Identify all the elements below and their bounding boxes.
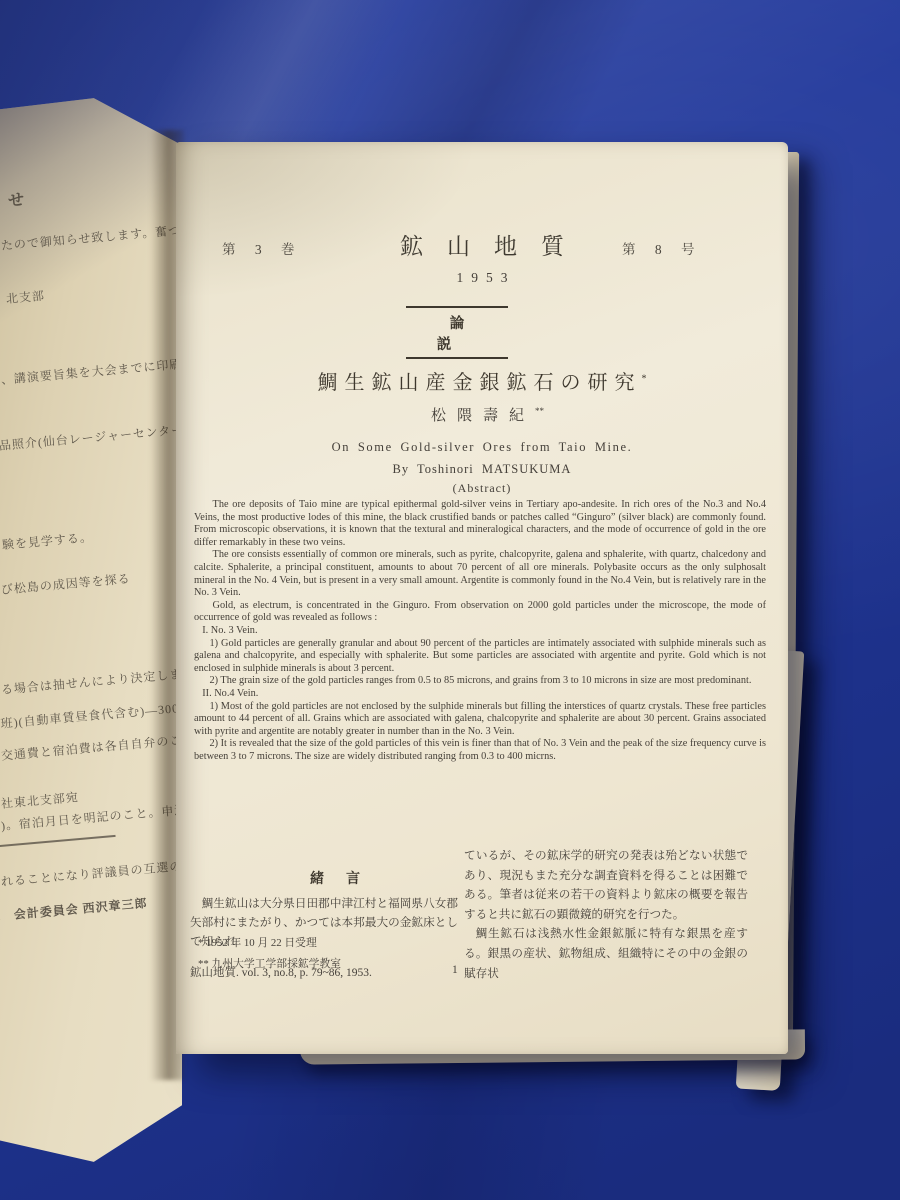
abstract-paragraph: II. No.4 Vein. (194, 688, 766, 701)
intro-heading: 緒言 (190, 868, 480, 888)
footer-citation: 鉱山地質. vol. 3, no.8, p. 79~86, 1953. (190, 967, 372, 979)
main-page: 第 3 巻 鉱山地質 第 8 号 1953 論説 鯛生鉱山産金銀鉱石の研究* 松… (176, 142, 788, 1054)
abstract-label: (Abstract) (176, 481, 788, 496)
abstract: The ore deposits of Taio mine are typica… (194, 499, 766, 763)
intro-right-column: ているが、その鉱床学的研究の発表は殆どない状態であり、現況もまた充分な調査資料を… (464, 846, 748, 983)
abstract-paragraph: I. No. 3 Vein. (194, 625, 766, 638)
abstract-paragraph: 2) The grain size of the gold particles … (194, 675, 766, 688)
intro-paragraph: ているが、その鉱床学的研究の発表は殆どない状態であり、現況もまた充分な調査資料を… (464, 846, 748, 924)
left-page-line: 験を見学する。 (1, 528, 93, 553)
abstract-paragraph: The ore deposits of Taio mine are typica… (194, 499, 766, 549)
abstract-paragraph: Gold, as electrum, is concentrated in th… (194, 600, 766, 625)
byline: By Toshinori MATSUKUMA (176, 462, 788, 477)
article-title-text: 鯛生鉱山産金銀鉱石の研究 (318, 372, 642, 394)
author-note-mark: ** (535, 406, 544, 416)
left-page-line: よび松島の成因等を探る (0, 570, 131, 599)
title-note-mark: * (642, 373, 654, 384)
abstract-paragraph: 2) It is revealed that the size of the g… (194, 738, 766, 763)
photo-of-open-journal: せ したので御知らせ致します。奮つて 北支部 い、講演要旨集を大会までに印刷し … (0, 0, 900, 1200)
left-page-line: せ (7, 187, 26, 211)
journal-year: 1953 (176, 270, 788, 286)
left-page-line: 会社東北支部宛 (0, 788, 79, 813)
english-title: On Some Gold-silver Ores from Taio Mine. (176, 440, 788, 455)
footnote-received-date: * 1952 年 10 月 22 日受理 (198, 933, 466, 954)
section-label-box: 論説 (406, 306, 508, 359)
abstract-paragraph: The ore consists essentially of common o… (194, 549, 766, 599)
article-author-text: 松隈壽紀 (431, 408, 535, 424)
issue-label: 第 8 号 (622, 238, 703, 258)
abstract-paragraph: 1) Gold particles are generally granular… (194, 638, 766, 676)
left-page-line: 堆 会計委員会 西沢章三郎 (0, 894, 148, 925)
abstract-paragraph: 1) Most of the gold particles are not en… (194, 701, 766, 739)
left-page-line: 北支部 (5, 287, 45, 307)
article-author: 松隈壽紀** (176, 404, 788, 425)
page-number: 1 (452, 964, 458, 976)
left-page-divider (0, 835, 116, 848)
section-label: 論説 (424, 316, 491, 353)
page-footer: 鉱山地質. vol. 3, no.8, p. 79~86, 1953. 1 (190, 964, 750, 980)
article-title: 鯛生鉱山産金銀鉱石の研究* (176, 366, 788, 395)
